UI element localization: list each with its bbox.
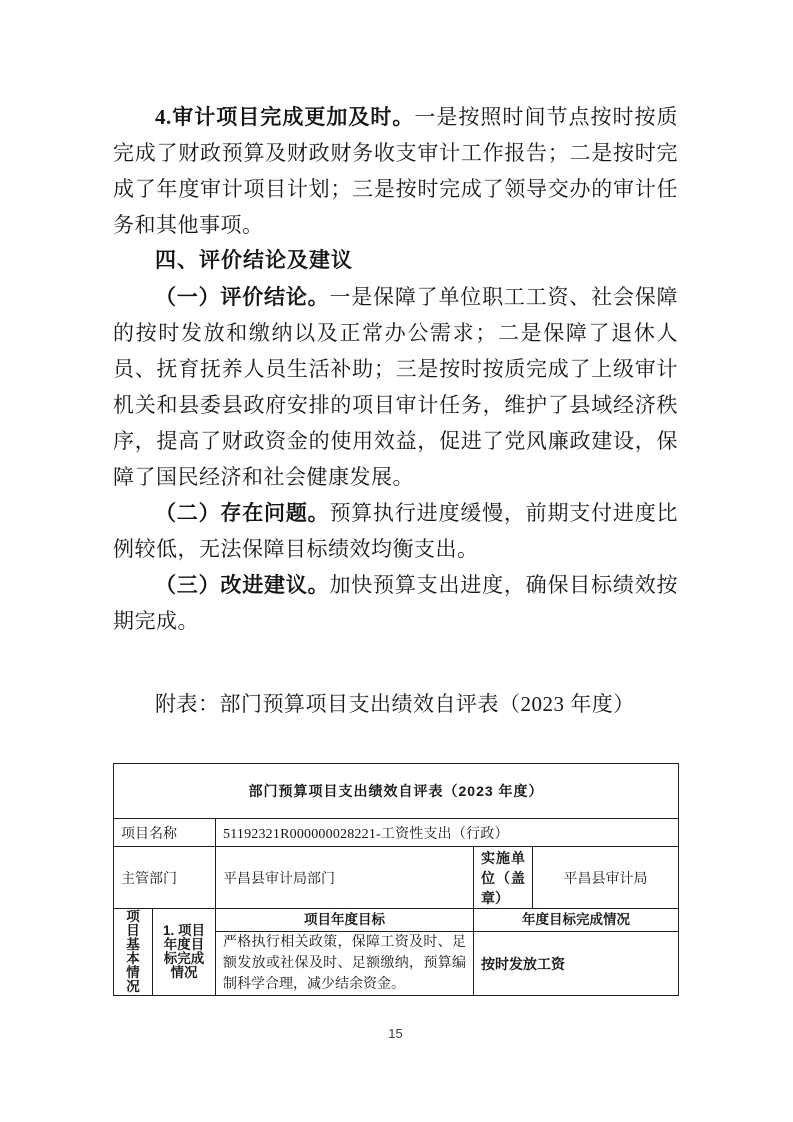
self-evaluation-table: 部门预算项目支出绩效自评表（2023 年度） 项目名称 51192321R000…: [113, 763, 679, 996]
basic-info-label: 项目基本情况: [114, 909, 153, 996]
paragraph-audit-timeliness: 4.审计项目完成更加及时。一是按照时间节点按时按质完成了财政预算及财政财务收支审…: [113, 99, 678, 243]
page-number: 15: [113, 1026, 678, 1041]
annual-goal-section-label: 1. 项目年度目标完成情况: [153, 909, 216, 996]
paragraph-lead: （三）改进建议。: [155, 573, 329, 597]
implementing-unit-value: 平昌县审计局: [533, 847, 679, 909]
paragraph-improvement-suggestions: （三）改进建议。加快预算支出进度，确保目标绩效按期完成。: [113, 567, 678, 639]
section-heading: 四、评价结论及建议: [113, 243, 678, 279]
table-row-project-name: 项目名称 51192321R000000028221-工资性支出（行政）: [114, 819, 679, 847]
implementing-unit-label: 实施单位（盖章）: [474, 847, 533, 909]
annual-goal-header: 项目年度目标: [216, 909, 474, 932]
paragraph-lead: 4.审计项目完成更加及时。: [155, 105, 414, 129]
paragraph-existing-problems: （二）存在问题。预算执行进度缓慢，前期支付进度比例较低，无法保障目标绩效均衡支出…: [113, 495, 678, 567]
table-row-departments: 主管部门 平昌县审计局部门 实施单位（盖章） 平昌县审计局: [114, 847, 679, 909]
paragraph-lead: （一）评价结论。: [155, 285, 329, 309]
annual-goal-text: 严格执行相关政策，保障工资及时、足额发放或社保及时、足额缴纳，预算编制科学合理，…: [216, 932, 474, 996]
goal-completion-header: 年度目标完成情况: [474, 909, 679, 932]
paragraph-lead: （二）存在问题。: [155, 501, 329, 525]
supervisor-dept-value: 平昌县审计局部门: [216, 847, 474, 909]
paragraph-text: 一是保障了单位职工工资、社会保障的按时发放和缴纳以及正常办公需求；二是保障了退休…: [113, 285, 678, 489]
table-row-goal-headers: 项目基本情况 1. 项目年度目标完成情况 项目年度目标 年度目标完成情况: [114, 909, 679, 932]
table-title-row: 部门预算项目支出绩效自评表（2023 年度）: [114, 764, 679, 819]
paragraph-evaluation-conclusion: （一）评价结论。一是保障了单位职工工资、社会保障的按时发放和缴纳以及正常办公需求…: [113, 279, 678, 495]
document-page: 4.审计项目完成更加及时。一是按照时间节点按时按质完成了财政预算及财政财务收支审…: [0, 0, 793, 1122]
supervisor-dept-label: 主管部门: [114, 847, 216, 909]
table-title: 部门预算项目支出绩效自评表（2023 年度）: [114, 764, 679, 819]
attachment-note: 附表：部门预算项目支出绩效自评表（2023 年度）: [113, 686, 678, 722]
goal-completion-text: 按时发放工资: [474, 932, 679, 996]
project-name-label: 项目名称: [114, 819, 216, 847]
project-name-value: 51192321R000000028221-工资性支出（行政）: [216, 819, 679, 847]
